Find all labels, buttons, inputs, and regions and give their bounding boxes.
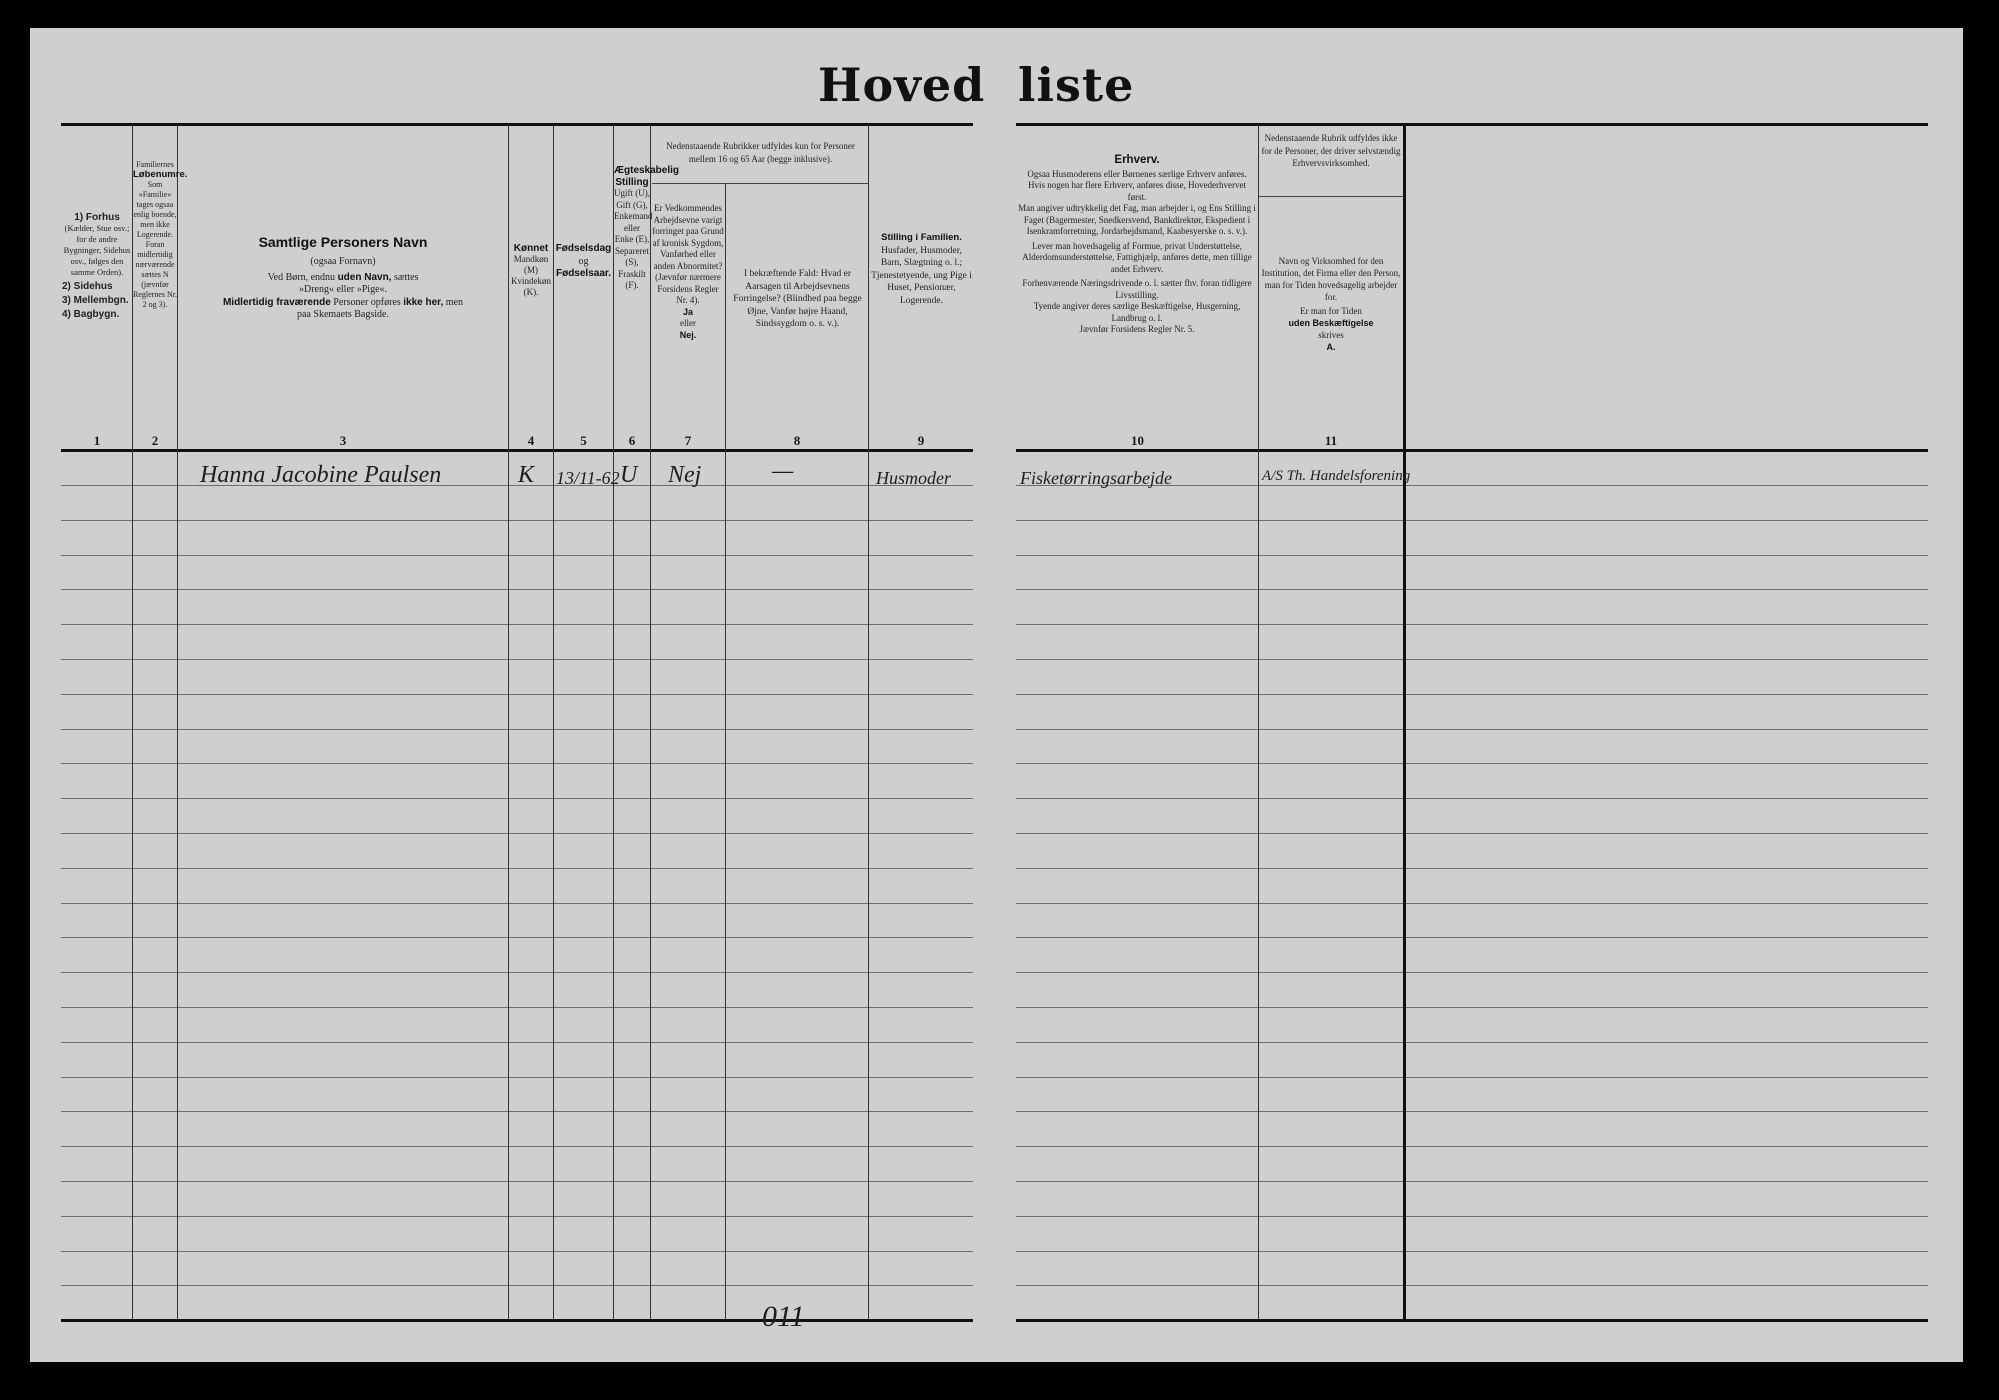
colnum-9: 9 [869,433,973,449]
col2-header: Familiernes Løbenumre. Som »Familie« tag… [133,160,177,310]
row-line [61,937,973,938]
col-divider-7-8 [725,183,726,1320]
row-line [1016,833,1928,834]
row-line [61,1111,973,1112]
col8-header: I bekræftende Fald: Hvad er Aarsagen til… [727,268,868,331]
row-line [1016,1251,1928,1252]
col-divider-5-6 [613,126,614,1320]
entry-name: Hanna Jacobine Paulsen [200,462,441,489]
row-line [61,1077,973,1078]
row-line [61,694,973,695]
colnum-4: 4 [509,433,553,449]
row-line [1016,1077,1928,1078]
row-line [1016,1007,1928,1008]
left-bottom-rule [61,1319,973,1322]
row-line [1016,868,1928,869]
row-line [1016,1216,1928,1217]
right-bottom-rule [1016,1319,1928,1322]
col6-header: Ægteskabelig Stilling Ugift (U), Gift (G… [614,165,650,292]
row-line [61,763,973,764]
col11-top-divider [1259,196,1403,197]
census-form-page [30,28,1963,1362]
row-line [61,729,973,730]
row-line [1016,1042,1928,1043]
row-line [1016,694,1928,695]
colnum-5: 5 [554,433,613,449]
col-divider-3-4 [508,126,509,1320]
col3-header: Samtlige Personers Navn (ogsaa Fornavn) … [178,233,508,322]
col11-header: Navn og Virksomhed for den Institution, … [1260,255,1402,353]
row-line [1016,1285,1928,1286]
row-line [61,1146,973,1147]
row-line [61,868,973,869]
col11-top-note: Nedenstaaende Rubrik udfyldes ikke for d… [1260,132,1402,170]
colnum-10: 10 [1017,433,1258,449]
colnum-11: 11 [1259,433,1403,449]
row-line [61,659,973,660]
row-line [1016,1146,1928,1147]
row-line [61,1285,973,1286]
colnum-7: 7 [651,433,725,449]
colnum-2: 2 [133,433,177,449]
row-line [1016,798,1928,799]
entry-cause: — [772,458,793,485]
title-right: liste [1018,58,1134,112]
row-line [1016,1111,1928,1112]
entry-marital: U [620,462,637,489]
col-divider-11-end [1403,126,1406,1320]
col-divider-4-5 [553,126,554,1320]
row-line [61,589,973,590]
row-line [61,1216,973,1217]
entry-disabled: Nej [668,462,701,489]
right-top-rule [1016,123,1928,126]
entry-birth: 13/11-62 [556,468,620,489]
row-line [61,520,973,521]
row-line [1016,763,1928,764]
col7-header: Er Vedkommendes Arbejdsevne varigt forri… [651,203,725,341]
row-line [1016,520,1928,521]
row-line [1016,659,1928,660]
row-line [61,798,973,799]
row-line [1016,624,1928,625]
row-line [1016,589,1928,590]
col1-header: 1) Forhus (Kælder, Stue osv.; for de and… [62,212,132,320]
row-line [61,555,973,556]
row-line [61,833,973,834]
row-line [61,1042,973,1043]
col-divider-8-9 [868,126,869,1320]
col-divider-10-11 [1258,126,1259,1320]
entry-employer: A/S Th. Handelsforening [1262,468,1410,485]
row-line [1016,729,1928,730]
row-line [61,1007,973,1008]
row-line [61,485,973,486]
right-header-bottom-rule [1016,449,1928,452]
col9-header: Stilling i Familien. Husfader, Husmoder,… [870,232,973,307]
row-line [61,1181,973,1182]
row-line [1016,937,1928,938]
colnum-8: 8 [726,433,868,449]
title-left: Hoved [818,58,985,112]
row-line [61,903,973,904]
left-header-bottom-rule [61,449,973,452]
row-line [1016,972,1928,973]
row-line [1016,1181,1928,1182]
group-header-divider [652,183,869,184]
col5-header: Fødselsdag og Fødselsaar. [554,243,613,281]
colnum-1: 1 [62,433,132,449]
left-top-rule [61,123,973,126]
row-line [61,624,973,625]
colnum-3: 3 [178,433,508,449]
col4-header: Kønnet Mandkøn (M) Kvindekøn (K). [509,243,553,298]
entry-family-position: Husmoder [876,468,951,489]
row-line [1016,903,1928,904]
col10-header: Erhverv. Ogsaa Husmoderens eller Børnene… [1018,155,1256,336]
entry-sex: K [518,462,534,489]
row-line [1016,555,1928,556]
page-annotation: 011 [762,1300,805,1334]
row-line [61,1251,973,1252]
group-header-7-8: Nedenstaaende Rubrikker udfyldes kun for… [652,140,869,165]
row-line [61,972,973,973]
entry-occupation: Fisketørringsarbejde [1020,468,1172,489]
colnum-6: 6 [614,433,650,449]
